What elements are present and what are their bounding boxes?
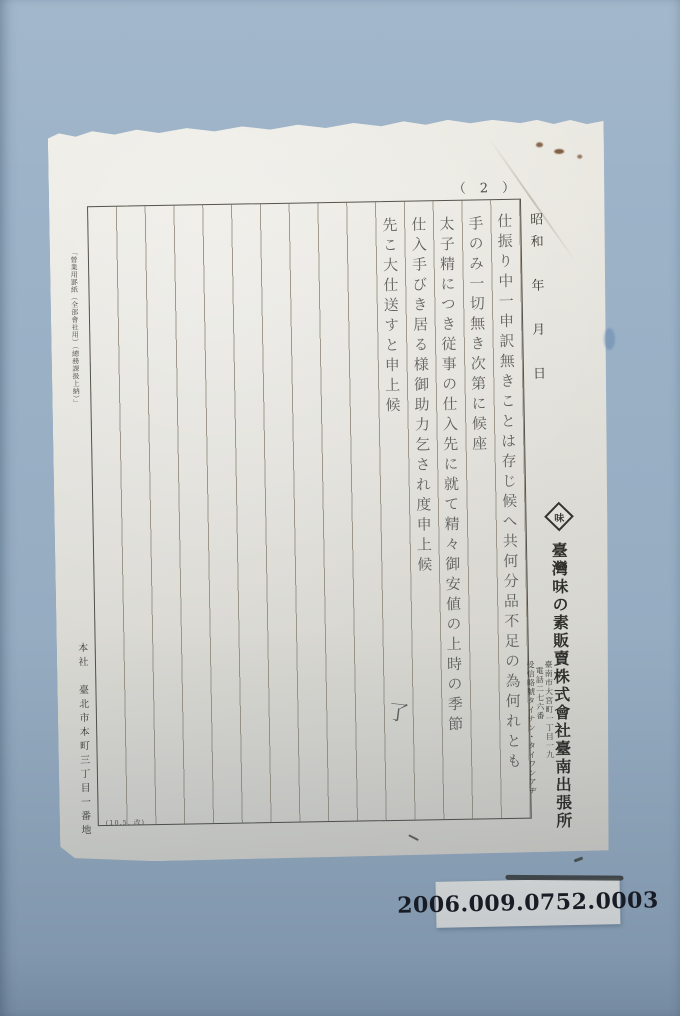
stain-spot (554, 149, 564, 154)
stain-spot (577, 155, 582, 159)
logo-character: 味 (554, 509, 564, 524)
showa-date-line: 昭和 年 月 日 (525, 212, 549, 522)
backdrop-mark (604, 328, 615, 350)
stationery-note: 「營業用罫紙（全部會社用）（總務課扱上納）」 (69, 248, 82, 396)
plate-revision-note: (10.5. 改) (106, 817, 145, 827)
handwriting-column-5: 先こ大仕送すと申上候 (375, 217, 409, 537)
page-number: （2） (453, 176, 573, 197)
archive-photo: （2） 仕振り中一申訳無きことは存じ候へ共何分品不足の為何れとも 手のみ一切無き… (0, 0, 680, 1016)
stain-spot (536, 142, 543, 147)
head-office-address: 本社 臺北市本町三丁目一番地 (74, 642, 92, 842)
handwriting-column-2: 手のみ一切無き次第に候座 (461, 215, 494, 515)
catalog-number: 2006.009.0752.0003 (397, 887, 659, 918)
catalog-label: 2006.009.0752.0003 (436, 878, 621, 928)
handwriting-end-mark: 了 (386, 696, 410, 728)
backdrop-speck (574, 857, 583, 863)
letter-paper: （2） 仕振り中一申訳無きことは存じ候へ共何分品不足の為何れとも 手のみ一切無き… (48, 117, 617, 863)
ink-speck (408, 834, 419, 841)
